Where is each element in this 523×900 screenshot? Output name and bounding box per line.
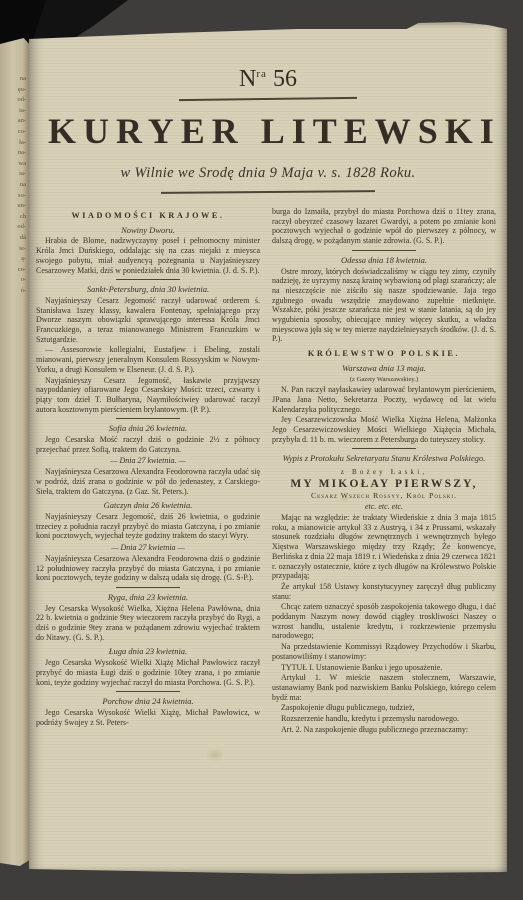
article-paragraph: Chcąc zatem oznaczyć sposób zaspokojenia… bbox=[272, 602, 496, 641]
article-paragraph: Jego Cesarska Wysokość Wielki Xiążę Mich… bbox=[36, 658, 260, 687]
section-heading: KRÓLEWSTWO POLSKIE. bbox=[272, 349, 496, 359]
article-columns: WIADOMOŚCI KRAJOWE.Nowiny Dworu.Hrabia d… bbox=[29, 193, 507, 806]
dateline-heading: Gatczyn dnia 26 kwietnia. bbox=[36, 501, 260, 511]
article-paragraph: burga do Izmaiła, przybył do miasta Porc… bbox=[272, 207, 496, 246]
divider-rule bbox=[116, 279, 180, 280]
article-paragraph: Jego Cesarska Mość raczył dziś o godzini… bbox=[36, 435, 260, 454]
article-paragraph: Że artykuł 158 Ustawy konstytucyyney zar… bbox=[272, 582, 496, 601]
royal-subtitle: Cesarz Wszech Rossyy, Król Polski. bbox=[272, 491, 496, 501]
adjacent-page-spine: na ęu- od- ia- an- co- ła- na- wa ia- na… bbox=[0, 38, 33, 866]
article-paragraph: Nayjaśnieyszy Cesarz Jegomość, łaskawie … bbox=[36, 376, 260, 415]
issue-superscript: ra bbox=[256, 68, 267, 80]
divider-rule bbox=[116, 418, 180, 419]
centered-line: — Dnia 27 kwietnia. — bbox=[36, 456, 260, 466]
newspaper-title: KURYER LITEWSKI bbox=[48, 110, 488, 152]
dateline-heading: Nowiny Dworu. bbox=[36, 226, 260, 236]
article-paragraph: Jey Cesarzewiczowska Mość Wielka Xiężna … bbox=[272, 415, 496, 444]
article-paragraph: Hrabia de Blome, nadzwyczayny poseł i pe… bbox=[36, 236, 260, 275]
article-paragraph: Artykuł 1. W mieście naszem stołecznem, … bbox=[272, 673, 496, 702]
divider-rule bbox=[116, 587, 180, 588]
article-paragraph: Nayjaśnieyszy Cesarz Jegomość raczył uda… bbox=[36, 296, 260, 345]
article-paragraph: Zaspokojenie długu publicznego, tudzież, bbox=[272, 703, 496, 713]
article-paragraph: Rozszerzenie handlu, kredytu i przemysłu… bbox=[272, 714, 496, 724]
masthead-dateline: w Wilnie we Srodę dnia 9 Maja v. s. 1828… bbox=[48, 165, 488, 182]
source-note: (z Gazety Warszawskiey.) bbox=[272, 375, 496, 385]
masthead: Nra 56 KURYER LITEWSKI w Wilnie we Srodę… bbox=[48, 66, 488, 193]
divider-rule bbox=[352, 250, 416, 251]
dateline-heading: Odessa dnia 18 kwietnia. bbox=[272, 256, 496, 266]
article-paragraph: Nayjaśnieyszy Cesarz Jegomość, dziś 26 k… bbox=[36, 512, 260, 541]
centered-line: etc. etc. etc. bbox=[272, 502, 496, 512]
article-paragraph: TYTUŁ I. Ustanowienie Banku i jego uposa… bbox=[272, 663, 496, 673]
article-paragraph: N. Pan raczył nayłaskawiey udarować bryl… bbox=[272, 385, 496, 414]
article-paragraph: Ostre mrozy, których doświadczaliśmy w c… bbox=[272, 267, 496, 345]
dateline-heading: Wypis z Protokułu Sekretaryatu Stanu Kró… bbox=[272, 454, 496, 464]
article-paragraph: Nayjaśnieysza Cesarzowa Alexandra Feodor… bbox=[36, 467, 260, 496]
masthead-rule-top bbox=[179, 97, 357, 101]
dateline-heading: Ryga, dnia 23 kwietnia. bbox=[36, 593, 260, 603]
dateline-heading: Warszawa dnia 13 maja. bbox=[272, 364, 496, 374]
dateline-heading: Porchow dnia 24 kwietnia. bbox=[36, 697, 260, 707]
article-paragraph: Art. 2. Na zaspokojenie długu publiczneg… bbox=[272, 725, 496, 735]
issue-value: 56 bbox=[273, 66, 297, 92]
article-paragraph: — Assesorowie kollegialni, Eustafjew i E… bbox=[36, 345, 260, 374]
spine-text-fragments: na ęu- od- ia- an- co- ła- na- wa ia- na… bbox=[17, 74, 26, 296]
dateline-heading: Sofia dnia 26 kwietnia. bbox=[36, 424, 260, 434]
issue-number: Nra 56 bbox=[48, 66, 488, 93]
invocation-line: z Bożey Łaski, bbox=[272, 468, 496, 478]
divider-rule bbox=[116, 691, 180, 692]
newspaper-page: Nra 56 KURYER LITEWSKI w Wilnie we Srodę… bbox=[29, 22, 507, 874]
issue-prefix: N bbox=[239, 66, 256, 92]
centered-line: — Dnia 27 kwietnia — bbox=[36, 543, 260, 553]
royal-title: MY MIKOŁAY PIERWSZY, bbox=[272, 480, 496, 490]
article-paragraph: Jego Cesarska Wysokość Wielki Xiążę, Mic… bbox=[36, 708, 260, 727]
left-column: WIADOMOŚCI KRAJOWE.Nowiny Dworu.Hrabia d… bbox=[36, 206, 260, 806]
dateline-heading: Ługa dnia 23 kwietnia. bbox=[36, 647, 260, 657]
article-paragraph: Na przedstawienie Kommissyi Rządowey Prz… bbox=[272, 642, 496, 661]
article-paragraph: Nayjaśnieysza Cesarzowa Alexandra Feodor… bbox=[36, 554, 260, 583]
section-heading: WIADOMOŚCI KRAJOWE. bbox=[36, 211, 260, 221]
right-column: burga do Izmaiła, przybył do miasta Porc… bbox=[272, 206, 496, 806]
article-paragraph: Mając na względzie: że traktaty Wiedeńsk… bbox=[272, 513, 496, 581]
dateline-heading: Sankt-Petersburg, dnia 30 kwietnia. bbox=[36, 285, 260, 295]
divider-rule bbox=[352, 448, 416, 449]
article-paragraph: Jey Cesarska Wysokość Wielka, Xiężna Hel… bbox=[36, 604, 260, 643]
